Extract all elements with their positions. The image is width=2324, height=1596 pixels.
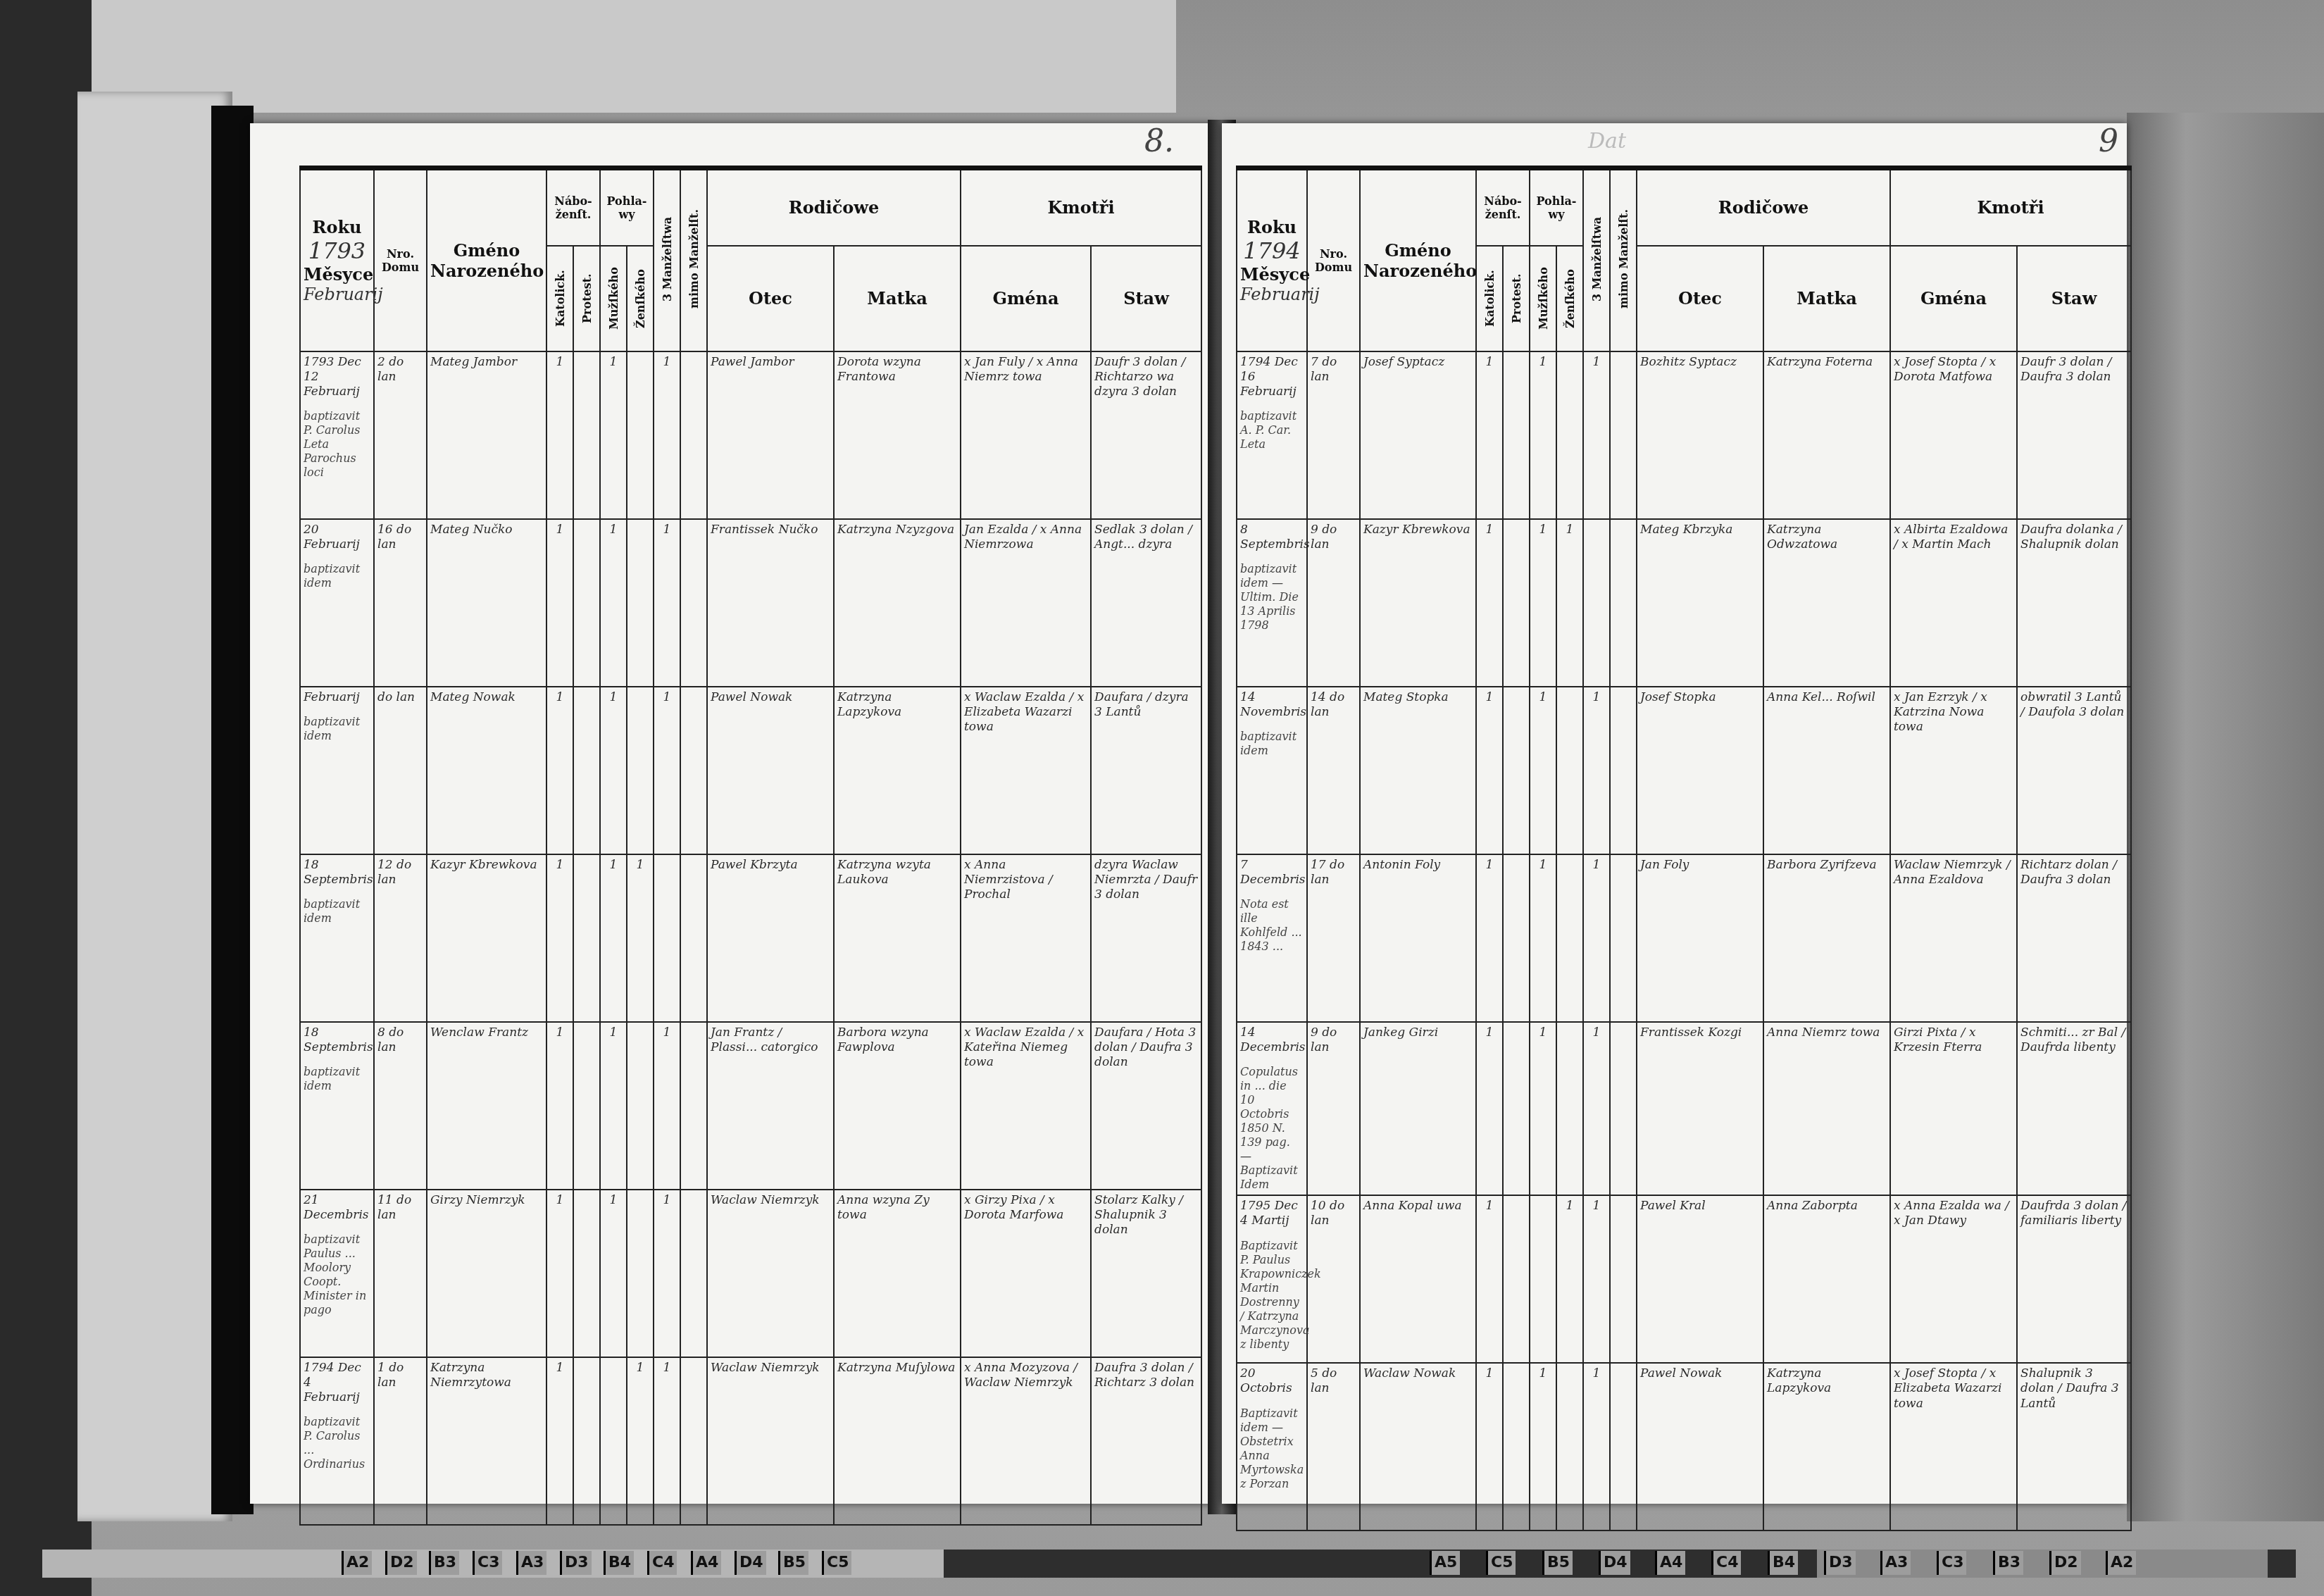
header-roku: Roku 1794 Měsyce Februarij <box>1237 168 1307 351</box>
cell-catholic: 1 <box>546 1190 573 1357</box>
cell-house: 1 do lan <box>374 1357 427 1525</box>
cell-protestant <box>573 1357 600 1525</box>
cell-godparent-names: Girzi Pixta / x Krzesin Fterra <box>1890 1022 2017 1196</box>
register-entry: 1794 Dec 16 Februarijbaptizavit A. P. Ca… <box>1237 351 2131 519</box>
cell-legitimate: 1 <box>654 1022 680 1190</box>
cell-legitimate: 1 <box>654 351 680 519</box>
cell-house: 9 do lan <box>1307 1022 1360 1196</box>
left-page: 8. Roku 1793 Měsyce Februarij Nro. Domu <box>250 123 1215 1504</box>
cell-child: Girzy Niemrzyk <box>427 1190 546 1357</box>
ruler-label: C5 <box>822 1551 851 1575</box>
cell-legitimate <box>654 854 680 1022</box>
cell-male: 1 <box>600 519 627 687</box>
cell-male <box>600 1357 627 1525</box>
cell-male: 1 <box>1530 351 1556 519</box>
cell-catholic: 1 <box>546 854 573 1022</box>
cell-legitimate: 1 <box>654 519 680 687</box>
register-entry: 14 Novembrisbaptizavit idem14 do lanMate… <box>1237 687 2131 854</box>
cell-father: Pawel Kral <box>1637 1195 1763 1363</box>
cell-house: 5 do lan <box>1307 1363 1360 1530</box>
cell-godparent-names: x Josef Stopta / x Elizabeta Wazarzi tow… <box>1890 1363 2017 1530</box>
cell-female <box>1556 351 1583 519</box>
ruler-label: B5 <box>1542 1551 1573 1575</box>
ruler-label: C4 <box>1711 1551 1741 1575</box>
header-protestant: Protest. <box>573 246 600 351</box>
cell-protestant <box>573 351 600 519</box>
baptism-note: baptizavit idem — Ultim. Die 13 Aprilis … <box>1240 562 1304 632</box>
cell-illegitimate <box>680 1357 707 1525</box>
cell-father: Waclaw Niemrzyk <box>707 1357 834 1525</box>
cell-female: 1 <box>627 1357 654 1525</box>
cell-date: 1795 Dec 4 MartijBaptizavit P. Paulus Kr… <box>1237 1195 1307 1363</box>
register-entry: 7 DecembrisNota est ille Kohlfeld ... 18… <box>1237 854 2131 1022</box>
baptism-note: baptizavit idem <box>304 715 370 743</box>
cell-father: Pawel Nowak <box>707 687 834 854</box>
cell-illegitimate <box>1610 854 1637 1022</box>
header-sex: Pohla-wy <box>600 168 654 246</box>
header-parents: Rodičowe <box>707 168 961 246</box>
baptism-note: baptizavit A. P. Car. Leta <box>1240 409 1304 451</box>
header-month: Februarij <box>1240 285 1304 304</box>
cell-catholic: 1 <box>546 519 573 687</box>
ruler-label: D4 <box>1599 1551 1630 1575</box>
header-parents: Rodičowe <box>1637 168 1890 246</box>
baptism-note: baptizavit Paulus ... Moolory Coopt. Min… <box>304 1233 370 1317</box>
cell-godparent-status: Daufara / dzyra 3 Lantů <box>1091 687 1201 854</box>
ruler-label: C3 <box>1937 1551 1966 1575</box>
cell-child: Wenclaw Frantz <box>427 1022 546 1190</box>
cell-illegitimate <box>680 1022 707 1190</box>
header-religion: Nábo-ženſt. <box>1476 168 1530 246</box>
cell-date: 20 OctobrisBaptizavit idem — Obstetrix A… <box>1237 1363 1307 1530</box>
book-cover-right <box>2127 113 2324 1521</box>
header-legitimate: 3 Manželſtwa <box>1583 168 1610 351</box>
cell-catholic: 1 <box>546 351 573 519</box>
cell-illegitimate <box>1610 351 1637 519</box>
cell-female: 1 <box>1556 519 1583 687</box>
cell-child: Mateg Nowak <box>427 687 546 854</box>
cell-protestant <box>573 854 600 1022</box>
cell-catholic: 1 <box>1476 1195 1503 1363</box>
cell-godparent-status: Shalupnik 3 dolan / Daufra 3 Lantů <box>2017 1363 2131 1530</box>
cell-legitimate: 1 <box>1583 687 1610 854</box>
ruler-label: D3 <box>1824 1551 1856 1575</box>
cell-mother: Katrzyna Lapzykova <box>834 687 961 854</box>
cell-godparent-names: x Josef Stopta / x Dorota Matfowa <box>1890 351 2017 519</box>
cell-mother: Katrzyna Odwzatowa <box>1763 519 1890 687</box>
cell-female <box>1556 854 1583 1022</box>
ruler-label: C5 <box>1486 1551 1516 1575</box>
ruler-label: D4 <box>735 1551 766 1575</box>
cell-godparent-names: Waclaw Niemrzyk / Anna Ezaldova <box>1890 854 2017 1022</box>
cell-child: Waclaw Nowak <box>1360 1363 1476 1530</box>
cell-father: Jan Frantz / Plassi... catorgico <box>707 1022 834 1190</box>
cell-male: 1 <box>1530 687 1556 854</box>
baptism-note: baptizavit idem <box>1240 730 1304 758</box>
cell-catholic: 1 <box>1476 687 1503 854</box>
right-page: 9 Dat Roku 1794 Měsyce Februarij Nro. Do… <box>1222 123 2127 1504</box>
ruler-label: A4 <box>691 1551 721 1575</box>
cell-godparent-names: x Anna Mozyzova / Waclaw Niemrzyk <box>961 1357 1091 1525</box>
header-protestant: Protest. <box>1503 246 1530 351</box>
baptism-note: baptizavit idem <box>304 562 370 590</box>
cell-date: 21 Decembrisbaptizavit Paulus ... Moolor… <box>300 1190 374 1357</box>
right-page-number: 9 <box>2099 123 2118 159</box>
cell-legitimate: 1 <box>1583 1363 1610 1530</box>
cell-house: 16 do lan <box>374 519 427 687</box>
cell-child: Mateg Nučko <box>427 519 546 687</box>
header-godparents: Kmotři <box>1890 168 2131 246</box>
cell-female <box>1556 687 1583 854</box>
cell-protestant <box>1503 351 1530 519</box>
cell-male: 1 <box>1530 1022 1556 1196</box>
cell-legitimate: 1 <box>654 1190 680 1357</box>
cell-godparent-status: Daufra dolanka / Shalupnik dolan <box>2017 519 2131 687</box>
baptism-note: Baptizavit idem — Obstetrix Anna Myrtows… <box>1240 1407 1304 1491</box>
cell-mother: Katrzyna Muſylowa <box>834 1357 961 1525</box>
register-entry: 14 DecembrisCopulatus in ... die 10 Octo… <box>1237 1022 2131 1196</box>
header-illegitimate: mimo Manželſt. <box>680 168 707 351</box>
cell-godparent-status: Sedlak 3 dolan / Angt... dzyra <box>1091 519 1201 687</box>
cell-male: 1 <box>1530 1363 1556 1530</box>
cell-female <box>627 519 654 687</box>
cell-female <box>627 1022 654 1190</box>
cell-date: 1793 Dec 12 Februarijbaptizavit P. Carol… <box>300 351 374 519</box>
cell-illegitimate <box>1610 519 1637 687</box>
cell-female <box>627 351 654 519</box>
cell-godparent-status: Stolarz Kalky / Shalupnik 3 dolan <box>1091 1190 1201 1357</box>
cell-legitimate: 1 <box>1583 854 1610 1022</box>
cell-legitimate <box>1583 519 1610 687</box>
ruler-label: D3 <box>560 1551 592 1575</box>
cell-catholic: 1 <box>1476 1363 1503 1530</box>
cell-catholic: 1 <box>546 687 573 854</box>
cell-date: 20 Februarijbaptizavit idem <box>300 519 374 687</box>
cell-male: 1 <box>600 1190 627 1357</box>
baptism-note: Copulatus in ... die 10 Octobris 1850 N.… <box>1240 1065 1304 1192</box>
cell-protestant <box>1503 1195 1530 1363</box>
cell-father: Bozhitz Syptacz <box>1637 351 1763 519</box>
cell-protestant <box>573 687 600 854</box>
cell-godparent-status: Daufra 3 dolan / Richtarz 3 dolan <box>1091 1357 1201 1525</box>
cell-godparent-names: x Anna Niemrzistova / Prochal <box>961 854 1091 1022</box>
cell-mother: Anna Zaborpta <box>1763 1195 1890 1363</box>
cell-illegitimate <box>680 351 707 519</box>
header-year: 1794 <box>1240 237 1304 264</box>
cell-child: Katrzyna Niemrzytowa <box>427 1357 546 1525</box>
header-catholic: Katolick. <box>1476 246 1503 351</box>
baptism-note: baptizavit idem <box>304 1065 370 1093</box>
header-year: 1793 <box>304 237 370 264</box>
cell-father: Frantissek Nučko <box>707 519 834 687</box>
ruler-label: B5 <box>778 1551 808 1575</box>
cell-godparent-status: obwratil 3 Lantů / Daufola 3 dolan <box>2017 687 2131 854</box>
ruler-label: B4 <box>604 1551 634 1575</box>
cell-mother: Barbora wzyna Fawplova <box>834 1022 961 1190</box>
cell-house: 8 do lan <box>374 1022 427 1190</box>
cell-male: 1 <box>600 351 627 519</box>
header-catholic: Katolick. <box>546 246 573 351</box>
cell-legitimate: 1 <box>1583 1022 1610 1196</box>
cell-male <box>1530 1195 1556 1363</box>
header-godparent-names: Gména <box>961 246 1091 351</box>
cell-godparent-names: x Anna Ezalda wa / x Jan Dtawy <box>1890 1195 2017 1363</box>
cell-illegitimate <box>680 1190 707 1357</box>
header-godparents: Kmotři <box>961 168 1201 246</box>
cell-godparent-status: dzyra Waclaw Niemrzta / Daufr 3 dolan <box>1091 854 1201 1022</box>
register-entry: 1794 Dec 4 Februarijbaptizavit P. Carolu… <box>300 1357 1201 1525</box>
cell-house: 9 do lan <box>1307 519 1360 687</box>
cell-child: Antonin Foly <box>1360 854 1476 1022</box>
cell-father: Frantissek Kozgi <box>1637 1022 1763 1196</box>
cell-illegitimate <box>680 854 707 1022</box>
cell-mother: Katrzyna Foterna <box>1763 351 1890 519</box>
header-house-number: Nro. Domu <box>374 168 427 351</box>
cell-godparent-names: Jan Ezalda / x Anna Niemrzowa <box>961 519 1091 687</box>
cell-male: 1 <box>1530 854 1556 1022</box>
baptism-note: Nota est ille Kohlfeld ... 1843 ... <box>1240 897 1304 954</box>
cell-date: 14 Novembrisbaptizavit idem <box>1237 687 1307 854</box>
header-mother: Matka <box>834 246 961 351</box>
header-roku: Roku 1793 Měsyce Februarij <box>300 168 374 351</box>
header-male: Mužſkého <box>600 246 627 351</box>
cell-legitimate: 1 <box>654 687 680 854</box>
header-child-name: Gméno Narozeného <box>1360 168 1476 351</box>
cell-child: Josef Syptacz <box>1360 351 1476 519</box>
cell-catholic: 1 <box>1476 854 1503 1022</box>
cell-catholic: 1 <box>546 1357 573 1525</box>
cell-illegitimate <box>680 519 707 687</box>
register-entry: 20 OctobrisBaptizavit idem — Obstetrix A… <box>1237 1363 2131 1530</box>
cell-protestant <box>1503 1363 1530 1530</box>
register-entry: 1795 Dec 4 MartijBaptizavit P. Paulus Kr… <box>1237 1195 2131 1363</box>
header-illegitimate: mimo Manželſt. <box>1610 168 1637 351</box>
ruler-label: C3 <box>473 1551 502 1575</box>
ruler-label: B3 <box>1993 1551 2023 1575</box>
cell-date: 14 DecembrisCopulatus in ... die 10 Octo… <box>1237 1022 1307 1196</box>
cell-godparent-names: x Jan Ezrzyk / x Katrzina Nowa towa <box>1890 687 2017 854</box>
ruler-label: A2 <box>2106 1551 2136 1575</box>
cell-father: Pawel Jambor <box>707 351 834 519</box>
cell-date: 1794 Dec 16 Februarijbaptizavit A. P. Ca… <box>1237 351 1307 519</box>
cell-godparent-status: Daufr 3 dolan / Richtarzo wa dzyra 3 dol… <box>1091 351 1201 519</box>
ruler-label: A4 <box>1655 1551 1685 1575</box>
cell-house: 7 do lan <box>1307 351 1360 519</box>
register-entry: Februarijbaptizavit idemdo lanMateg Nowa… <box>300 687 1201 854</box>
left-page-number: 8. <box>1144 123 1174 159</box>
ruler-label: B4 <box>1768 1551 1798 1575</box>
cell-catholic: 1 <box>1476 351 1503 519</box>
ruler-label: A3 <box>516 1551 546 1575</box>
header-female: Ženſkého <box>627 246 654 351</box>
cell-catholic: 1 <box>1476 1022 1503 1196</box>
cell-illegitimate <box>1610 687 1637 854</box>
cell-female: 1 <box>627 854 654 1022</box>
baptism-note: Baptizavit P. Paulus Krapowniczek Martin… <box>1240 1239 1304 1352</box>
cell-male: 1 <box>600 854 627 1022</box>
cell-child: Mateg Stopka <box>1360 687 1476 854</box>
cell-house: 17 do lan <box>1307 854 1360 1022</box>
cell-male: 1 <box>600 687 627 854</box>
cell-protestant <box>1503 519 1530 687</box>
cell-father: Josef Stopka <box>1637 687 1763 854</box>
baptism-note: baptizavit P. Carolus Leta Parochus loci <box>304 409 370 480</box>
cell-godparent-names: x Waclaw Ezalda / x Elizabeta Wazarzi to… <box>961 687 1091 854</box>
cell-mother: Anna Kel... Roſwil <box>1763 687 1890 854</box>
register-entry: 18 Septembrisbaptizavit idem8 do lanWenc… <box>300 1022 1201 1190</box>
cell-house: 12 do lan <box>374 854 427 1022</box>
cell-godparent-status: Daufr 3 dolan / Daufra 3 dolan <box>2017 351 2131 519</box>
cell-child: Mateg Jambor <box>427 351 546 519</box>
cell-mother: Anna wzyna Zy towa <box>834 1190 961 1357</box>
cell-illegitimate <box>1610 1363 1637 1530</box>
register-entry: 18 Septembrisbaptizavit idem12 do lanKaz… <box>300 854 1201 1022</box>
faded-mark: Dat <box>1588 129 1626 154</box>
cell-female <box>1556 1022 1583 1196</box>
header-sex: Pohla-wy <box>1530 168 1583 246</box>
cell-male: 1 <box>1530 519 1556 687</box>
ruler-label: C4 <box>647 1551 677 1575</box>
tissue-paper <box>77 92 232 1521</box>
ruler-label: A3 <box>1880 1551 1911 1575</box>
cell-protestant <box>1503 1022 1530 1196</box>
cell-illegitimate <box>1610 1195 1637 1363</box>
register-table-left: Roku 1793 Měsyce Februarij Nro. Domu Gmé… <box>299 166 1202 1526</box>
cell-legitimate: 1 <box>1583 351 1610 519</box>
cell-illegitimate <box>1610 1022 1637 1196</box>
register-entry: 1793 Dec 12 Februarijbaptizavit P. Carol… <box>300 351 1201 519</box>
book-cover-left <box>211 106 254 1514</box>
header-male: Mužſkého <box>1530 246 1556 351</box>
cell-mother: Katrzyna Nzyzgova <box>834 519 961 687</box>
ruler-label: D2 <box>385 1551 417 1575</box>
cell-mother: Katrzyna Lapzykova <box>1763 1363 1890 1530</box>
cell-legitimate: 1 <box>1583 1195 1610 1363</box>
cell-child: Kazyr Kbrewkova <box>1360 519 1476 687</box>
cell-godparent-status: Daufrda 3 dolan / familiaris liberty <box>2017 1195 2131 1363</box>
cell-godparent-status: Schmiti... zr Bal / Daufrda libenty <box>2017 1022 2131 1196</box>
header-house-number: Nro. Domu <box>1307 168 1360 351</box>
cell-godparent-status: Richtarz dolan / Daufra 3 dolan <box>2017 854 2131 1022</box>
header-month: Februarij <box>304 285 370 304</box>
cell-father: Jan Foly <box>1637 854 1763 1022</box>
cell-house: do lan <box>374 687 427 854</box>
cell-illegitimate <box>680 687 707 854</box>
baptism-note: baptizavit idem <box>304 897 370 925</box>
ruler-label: B3 <box>429 1551 459 1575</box>
cell-female <box>627 1190 654 1357</box>
cell-father: Pawel Nowak <box>1637 1363 1763 1530</box>
baptism-note: baptizavit P. Carolus ... Ordinarius <box>304 1415 370 1471</box>
header-religion: Nábo-ženſt. <box>546 168 600 246</box>
register-entry: 8 Septembrisbaptizavit idem — Ultim. Die… <box>1237 519 2131 687</box>
cell-date: 18 Septembrisbaptizavit idem <box>300 854 374 1022</box>
cell-protestant <box>573 1190 600 1357</box>
header-godparent-names: Gména <box>1890 246 2017 351</box>
cell-female <box>627 687 654 854</box>
cell-protestant <box>1503 687 1530 854</box>
cell-date: 7 DecembrisNota est ille Kohlfeld ... 18… <box>1237 854 1307 1022</box>
cell-date: Februarijbaptizavit idem <box>300 687 374 854</box>
ruler-label: D2 <box>2049 1551 2081 1575</box>
cell-child: Anna Kopal uwa <box>1360 1195 1476 1363</box>
header-female: Ženſkého <box>1556 246 1583 351</box>
cell-date: 8 Septembrisbaptizavit idem — Ultim. Die… <box>1237 519 1307 687</box>
cell-female <box>1556 1363 1583 1530</box>
ruler-label: A2 <box>342 1551 372 1575</box>
register-entry: 21 Decembrisbaptizavit Paulus ... Moolor… <box>300 1190 1201 1357</box>
cell-date: 18 Septembrisbaptizavit idem <box>300 1022 374 1190</box>
cell-catholic: 1 <box>546 1022 573 1190</box>
cell-date: 1794 Dec 4 Februarijbaptizavit P. Carolu… <box>300 1357 374 1525</box>
cell-godparent-names: x Albirta Ezaldowa / x Martin Mach <box>1890 519 2017 687</box>
cell-child: Jankeg Girzi <box>1360 1022 1476 1196</box>
cell-house: 11 do lan <box>374 1190 427 1357</box>
cell-legitimate: 1 <box>654 1357 680 1525</box>
cell-protestant <box>573 1022 600 1190</box>
header-legitimate: 3 Manželſtwa <box>654 168 680 351</box>
header-godparent-status: Staw <box>1091 246 1201 351</box>
cell-mother: Katrzyna wzyta Laukova <box>834 854 961 1022</box>
ruler-label: A5 <box>1430 1551 1460 1575</box>
register-entry: 20 Februarijbaptizavit idem16 do lanMate… <box>300 519 1201 687</box>
cell-mother: Anna Niemrz towa <box>1763 1022 1890 1196</box>
cell-mother: Barbora Zyrifzeva <box>1763 854 1890 1022</box>
cell-female: 1 <box>1556 1195 1583 1363</box>
header-mother: Matka <box>1763 246 1890 351</box>
register-table-right: Roku 1794 Měsyce Februarij Nro. Domu Gmé… <box>1236 166 2132 1531</box>
header-child-name: Gméno Narozeného <box>427 168 546 351</box>
cell-godparent-names: x Girzy Pixa / x Dorota Marfowa <box>961 1190 1091 1357</box>
cell-male: 1 <box>600 1022 627 1190</box>
cell-father: Waclaw Niemrzyk <box>707 1190 834 1357</box>
header-father: Otec <box>1637 246 1763 351</box>
cell-godparent-status: Daufara / Hota 3 dolan / Daufra 3 dolan <box>1091 1022 1201 1190</box>
header-godparent-status: Staw <box>2017 246 2131 351</box>
cell-godparent-names: x Jan Fuly / x Anna Niemrz towa <box>961 351 1091 519</box>
cell-father: Mateg Kbrzyka <box>1637 519 1763 687</box>
cell-father: Pawel Kbrzyta <box>707 854 834 1022</box>
cell-child: Kazyr Kbrewkova <box>427 854 546 1022</box>
cell-house: 2 do lan <box>374 351 427 519</box>
cell-house: 14 do lan <box>1307 687 1360 854</box>
cell-mother: Dorota wzyna Frantowa <box>834 351 961 519</box>
header-father: Otec <box>707 246 834 351</box>
cell-protestant <box>1503 854 1530 1022</box>
cell-godparent-names: x Waclaw Ezalda / x Kateřina Niemeg towa <box>961 1022 1091 1190</box>
cell-protestant <box>573 519 600 687</box>
cell-catholic: 1 <box>1476 519 1503 687</box>
